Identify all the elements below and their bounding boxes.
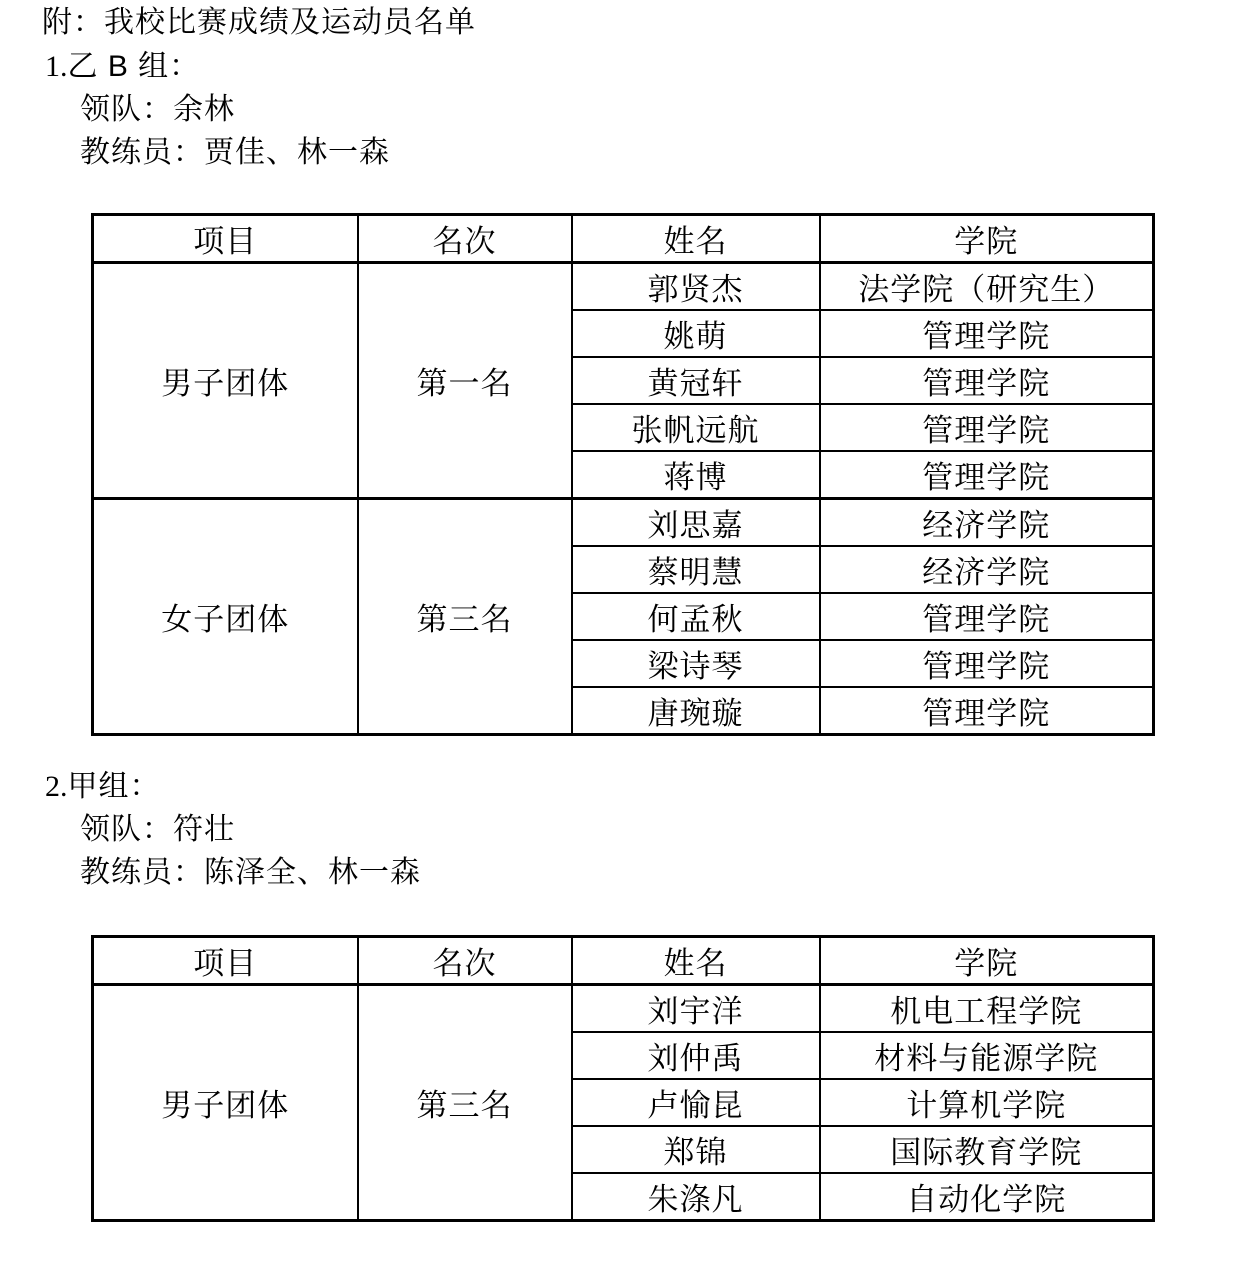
section-1-group-name: 乙 B 组：: [68, 50, 201, 83]
name-cell: 蒋博: [572, 451, 820, 499]
name-cell: 蔡明慧: [572, 546, 820, 593]
name-cell: 朱涤凡: [572, 1173, 820, 1221]
college-cell: 机电工程学院: [820, 985, 1154, 1033]
college-cell: 管理学院: [820, 310, 1154, 357]
table-1-header-row: 项目 名次 姓名 学院: [93, 215, 1154, 263]
college-cell: 管理学院: [820, 687, 1154, 735]
results-table-1: 项目 名次 姓名 学院 男子团体 第一名 郭贤杰 法学院（研究生） 姚萌 管理学…: [91, 213, 1155, 736]
college-cell: 国际教育学院: [820, 1126, 1154, 1173]
section-1-number: 1.: [45, 50, 68, 83]
table-2-header-event: 项目: [93, 937, 358, 985]
section-2-leader: 领队：符壮: [80, 813, 235, 846]
document: 附：我校比赛成绩及运动员名单 1.乙 B 组： 领队：余林 教练员：贾佳、林一森…: [0, 0, 1238, 1272]
name-cell: 刘思嘉: [572, 499, 820, 547]
college-cell: 管理学院: [820, 640, 1154, 687]
table-1-header-name: 姓名: [572, 215, 820, 263]
name-cell: 刘宇洋: [572, 985, 820, 1033]
results-table-2: 项目 名次 姓名 学院 男子团体 第三名 刘宇洋 机电工程学院 刘仲禹 材料与能…: [91, 935, 1155, 1222]
name-cell: 姚萌: [572, 310, 820, 357]
college-cell: 管理学院: [820, 451, 1154, 499]
college-cell: 经济学院: [820, 546, 1154, 593]
college-cell: 材料与能源学院: [820, 1032, 1154, 1079]
name-cell: 何孟秋: [572, 593, 820, 640]
college-cell: 管理学院: [820, 357, 1154, 404]
table-2-header-name: 姓名: [572, 937, 820, 985]
college-cell: 管理学院: [820, 593, 1154, 640]
section-2-heading: 2.甲组：: [45, 770, 161, 803]
table-2-header-college: 学院: [820, 937, 1154, 985]
name-cell: 郑锦: [572, 1126, 820, 1173]
name-cell: 卢愉昆: [572, 1079, 820, 1126]
section-2-coach: 教练员：陈泽全、林一森: [80, 856, 421, 889]
event-cell: 男子团体: [93, 985, 358, 1221]
event-cell: 女子团体: [93, 499, 358, 735]
table-1-header-event: 项目: [93, 215, 358, 263]
name-cell: 黄冠轩: [572, 357, 820, 404]
table-2-header-rank: 名次: [358, 937, 572, 985]
table-row: 男子团体 第三名 刘宇洋 机电工程学院: [93, 985, 1154, 1033]
table-1-header-college: 学院: [820, 215, 1154, 263]
name-cell: 刘仲禹: [572, 1032, 820, 1079]
event-cell: 男子团体: [93, 263, 358, 499]
table-row: 男子团体 第一名 郭贤杰 法学院（研究生）: [93, 263, 1154, 311]
college-cell: 经济学院: [820, 499, 1154, 547]
rank-cell: 第一名: [358, 263, 572, 499]
name-cell: 梁诗琴: [572, 640, 820, 687]
section-1-leader: 领队：余林: [80, 93, 235, 126]
rank-cell: 第三名: [358, 985, 572, 1221]
section-2-number: 2.: [45, 770, 68, 803]
section-2-group-name: 甲组：: [68, 770, 161, 803]
rank-cell: 第三名: [358, 499, 572, 735]
college-cell: 管理学院: [820, 404, 1154, 451]
name-cell: 唐琬璇: [572, 687, 820, 735]
college-cell: 法学院（研究生）: [820, 263, 1154, 311]
section-1-coach: 教练员：贾佳、林一森: [80, 136, 390, 169]
table-2-header-row: 项目 名次 姓名 学院: [93, 937, 1154, 985]
page-title: 附：我校比赛成绩及运动员名单: [42, 6, 476, 39]
college-cell: 计算机学院: [820, 1079, 1154, 1126]
table-1-header-rank: 名次: [358, 215, 572, 263]
name-cell: 郭贤杰: [572, 263, 820, 311]
name-cell: 张帆远航: [572, 404, 820, 451]
college-cell: 自动化学院: [820, 1173, 1154, 1221]
section-1-heading: 1.乙 B 组：: [45, 50, 200, 83]
table-row: 女子团体 第三名 刘思嘉 经济学院: [93, 499, 1154, 547]
